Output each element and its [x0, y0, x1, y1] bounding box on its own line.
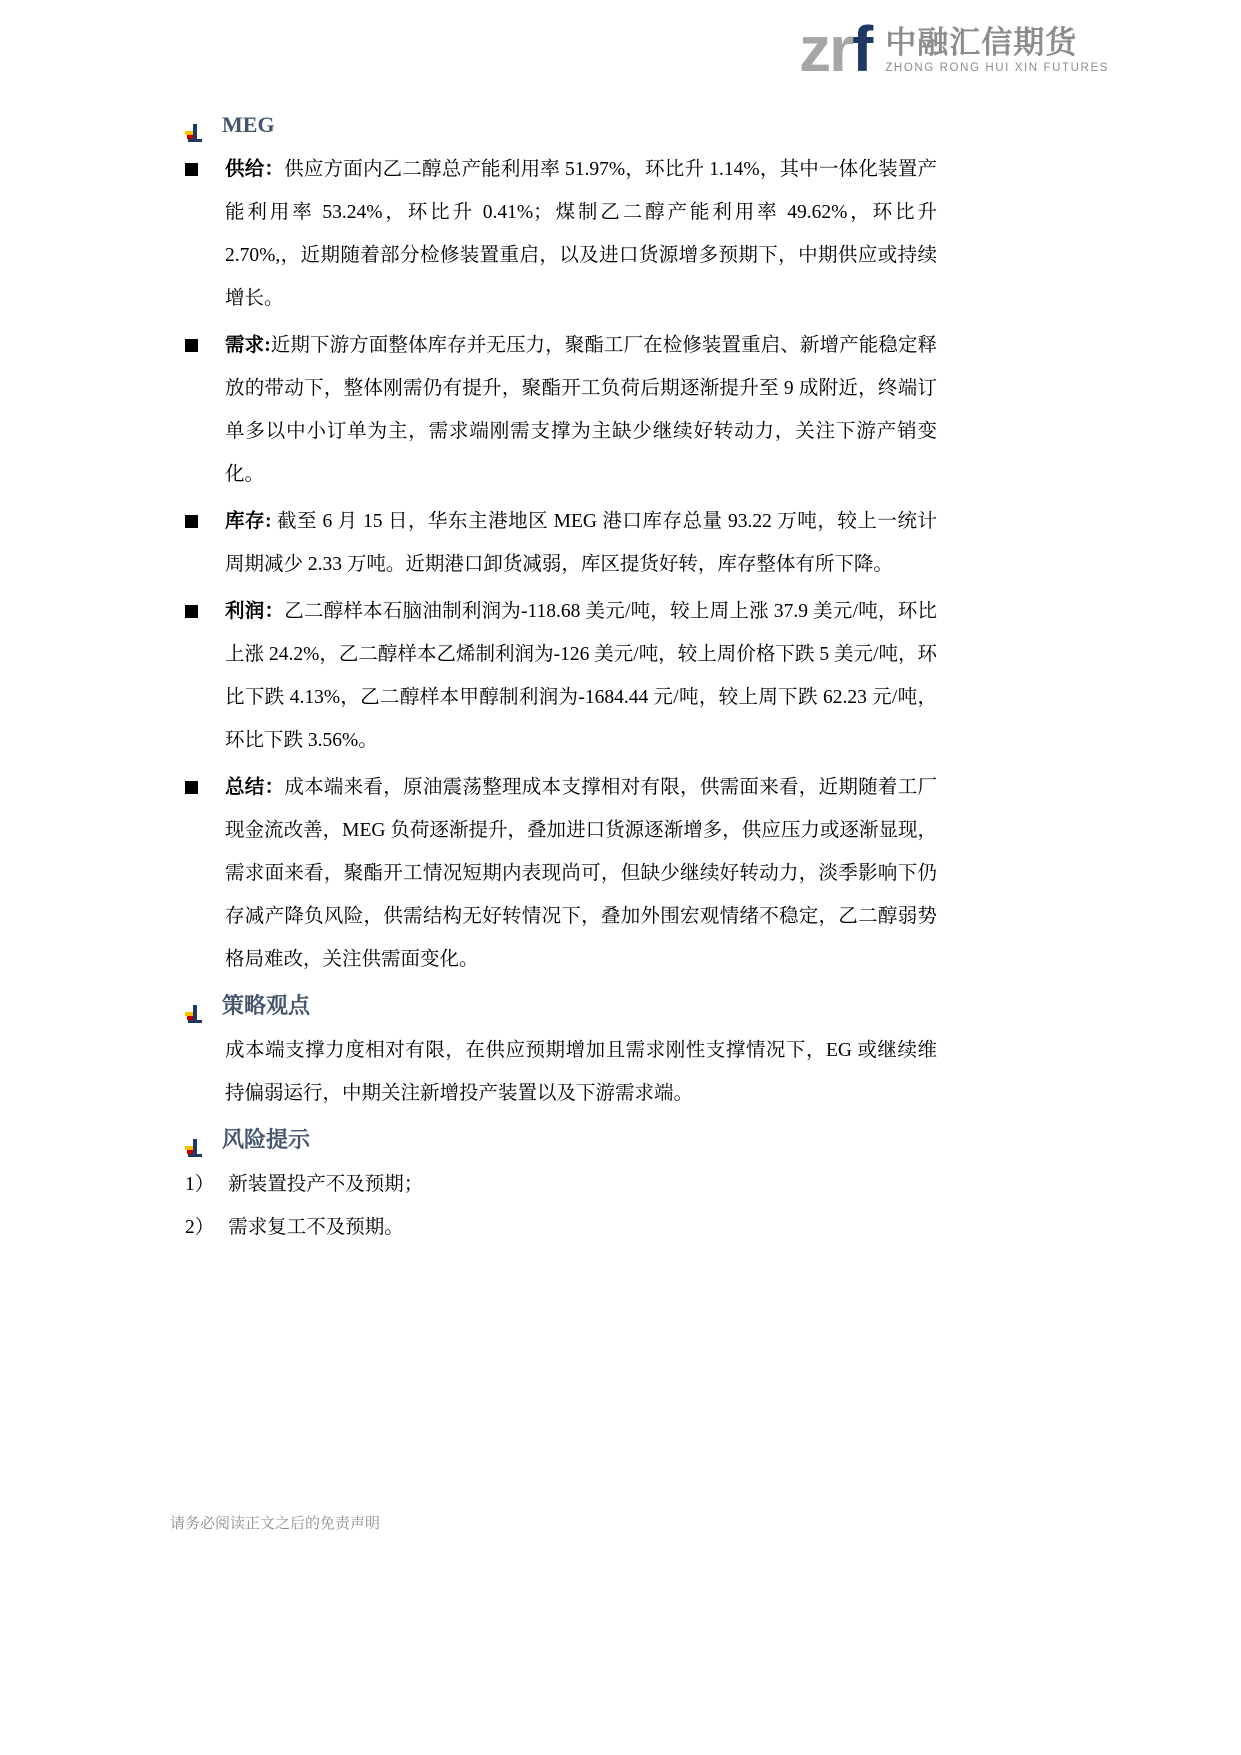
logo-zr-text: zr [799, 13, 852, 85]
bullet-text: 乙二醇样本石脑油制利润为-118.68 美元/吨，较上周上涨 37.9 美元/吨… [225, 601, 937, 751]
section-heading-strategy: 策略观点 [185, 989, 937, 1023]
bullet-inventory: 库存: 截至 6 月 15 日，华东主港地区 MEG 港口库存总量 93.22 … [185, 500, 937, 586]
down-arrow-bullet-icon [185, 116, 204, 135]
meg-heading-text: MEG [222, 108, 275, 142]
logo-zrf-mark: zrf [799, 22, 871, 76]
bullet-text: 成本端来看，原油震荡整理成本支撑相对有限，供需面来看，近期随着工厂现金流改善，M… [225, 777, 937, 970]
risk-item-text: 需求复工不及预期。 [228, 1206, 404, 1249]
bullet-profit: 利润：乙二醇样本石脑油制利润为-118.68 美元/吨，较上周上涨 37.9 美… [185, 590, 937, 762]
bullet-label: 库存: [225, 511, 277, 532]
report-body: MEG 供给：供应方面内乙二醇总产能利用率 51.97%，环比升 1.14%，其… [185, 100, 937, 1249]
logo-company-name-cn: 中融汇信期货 [885, 27, 1109, 60]
footer-disclaimer: 请务必阅读正文之后的免责声明 [170, 1512, 380, 1533]
bullet-label: 利润： [225, 601, 284, 622]
report-page: zrf 中融汇信期货 ZHONG RONG HUI XIN FUTURES ME… [0, 0, 1241, 1755]
risk-item-text: 新装置投产不及预期； [228, 1163, 423, 1206]
bullet-label: 总结： [225, 777, 284, 798]
square-bullet-icon [185, 781, 198, 794]
strategy-paragraph: 成本端支撑力度相对有限，在供应预期增加且需求刚性支撑情况下，EG 或继续维持偏弱… [185, 1029, 937, 1115]
company-logo: zrf 中融汇信期货 ZHONG RONG HUI XIN FUTURES [799, 22, 1109, 76]
down-arrow-bullet-icon [185, 1131, 204, 1150]
bullet-text: 供应方面内乙二醇总产能利用率 51.97%，环比升 1.14%，其中一体化装置产… [225, 159, 937, 309]
square-bullet-icon [185, 163, 198, 176]
risk-item-2: 2） 需求复工不及预期。 [185, 1206, 937, 1249]
bullet-label: 供给： [225, 159, 284, 180]
logo-f-text: f [852, 13, 871, 85]
bullet-text: 截至 6 月 15 日，华东主港地区 MEG 港口库存总量 93.22 万吨，较… [225, 511, 937, 575]
bullet-text: 近期下游方面整体库存并无压力，聚酯工厂在检修装置重启、新增产能稳定释放的带动下，… [225, 335, 937, 485]
logo-company-name-en: ZHONG RONG HUI XIN FUTURES [885, 62, 1109, 74]
square-bullet-icon [185, 605, 198, 618]
square-bullet-icon [185, 339, 198, 352]
risk-item-1: 1） 新装置投产不及预期； [185, 1163, 937, 1206]
square-bullet-icon [185, 515, 198, 528]
bullet-demand: 需求:近期下游方面整体库存并无压力，聚酯工厂在检修装置重启、新增产能稳定释放的带… [185, 324, 937, 496]
logo-wordmark: 中融汇信期货 ZHONG RONG HUI XIN FUTURES [885, 27, 1109, 77]
strategy-heading-text: 策略观点 [222, 989, 310, 1023]
bullet-summary: 总结：成本端来看，原油震荡整理成本支撑相对有限，供需面来看，近期随着工厂现金流改… [185, 766, 937, 981]
risk-item-number: 2） [185, 1206, 214, 1249]
risk-heading-text: 风险提示 [222, 1123, 310, 1157]
bullet-supply: 供给：供应方面内乙二醇总产能利用率 51.97%，环比升 1.14%，其中一体化… [185, 148, 937, 320]
strategy-text: 成本端支撑力度相对有限，在供应预期增加且需求刚性支撑情况下，EG 或继续维持偏弱… [225, 1029, 937, 1115]
section-heading-risk: 风险提示 [185, 1123, 937, 1157]
bullet-label: 需求: [225, 335, 271, 356]
risk-item-number: 1） [185, 1163, 214, 1206]
section-heading-meg: MEG [185, 108, 937, 142]
down-arrow-bullet-icon [185, 997, 204, 1016]
